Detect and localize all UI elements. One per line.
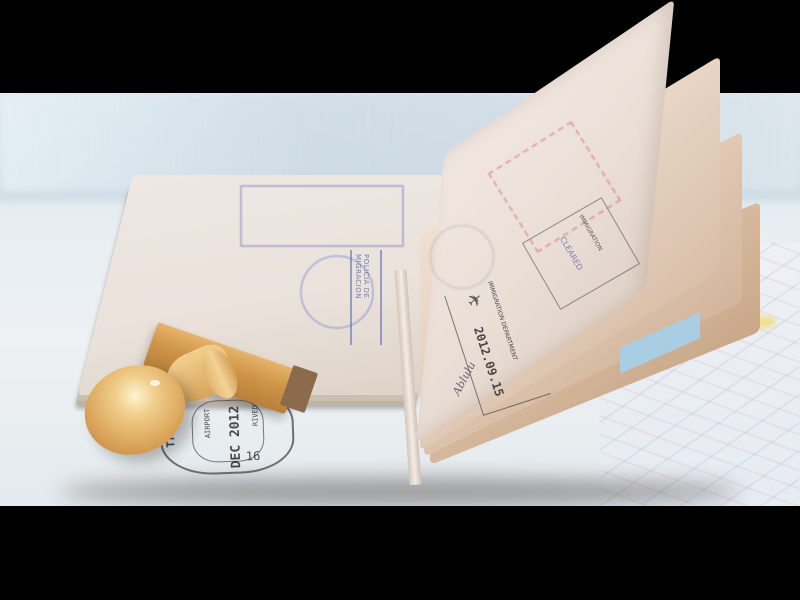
vertical-stamp-text: POLICIA DE MIGRACION — [354, 254, 370, 345]
date-stamp-airport: AIRPORT — [203, 409, 212, 439]
purple-visa-stamp — [240, 185, 404, 247]
date-stamp-arrived: RIVED — [251, 405, 260, 426]
date-stamp-number: 16 — [246, 449, 261, 463]
knob-highlight — [150, 380, 160, 386]
date-stamp-date: DEC 2012 — [227, 405, 244, 468]
vertical-stamp: POLICIA DE MIGRACION — [350, 250, 382, 345]
box-stamp-value: CLEARED — [558, 235, 584, 272]
entry-stamp-date: 2012.09.15 — [471, 325, 507, 398]
box-stamp-header: IMMIGRATION — [577, 213, 603, 252]
faded-circle-stamp — [430, 225, 494, 289]
